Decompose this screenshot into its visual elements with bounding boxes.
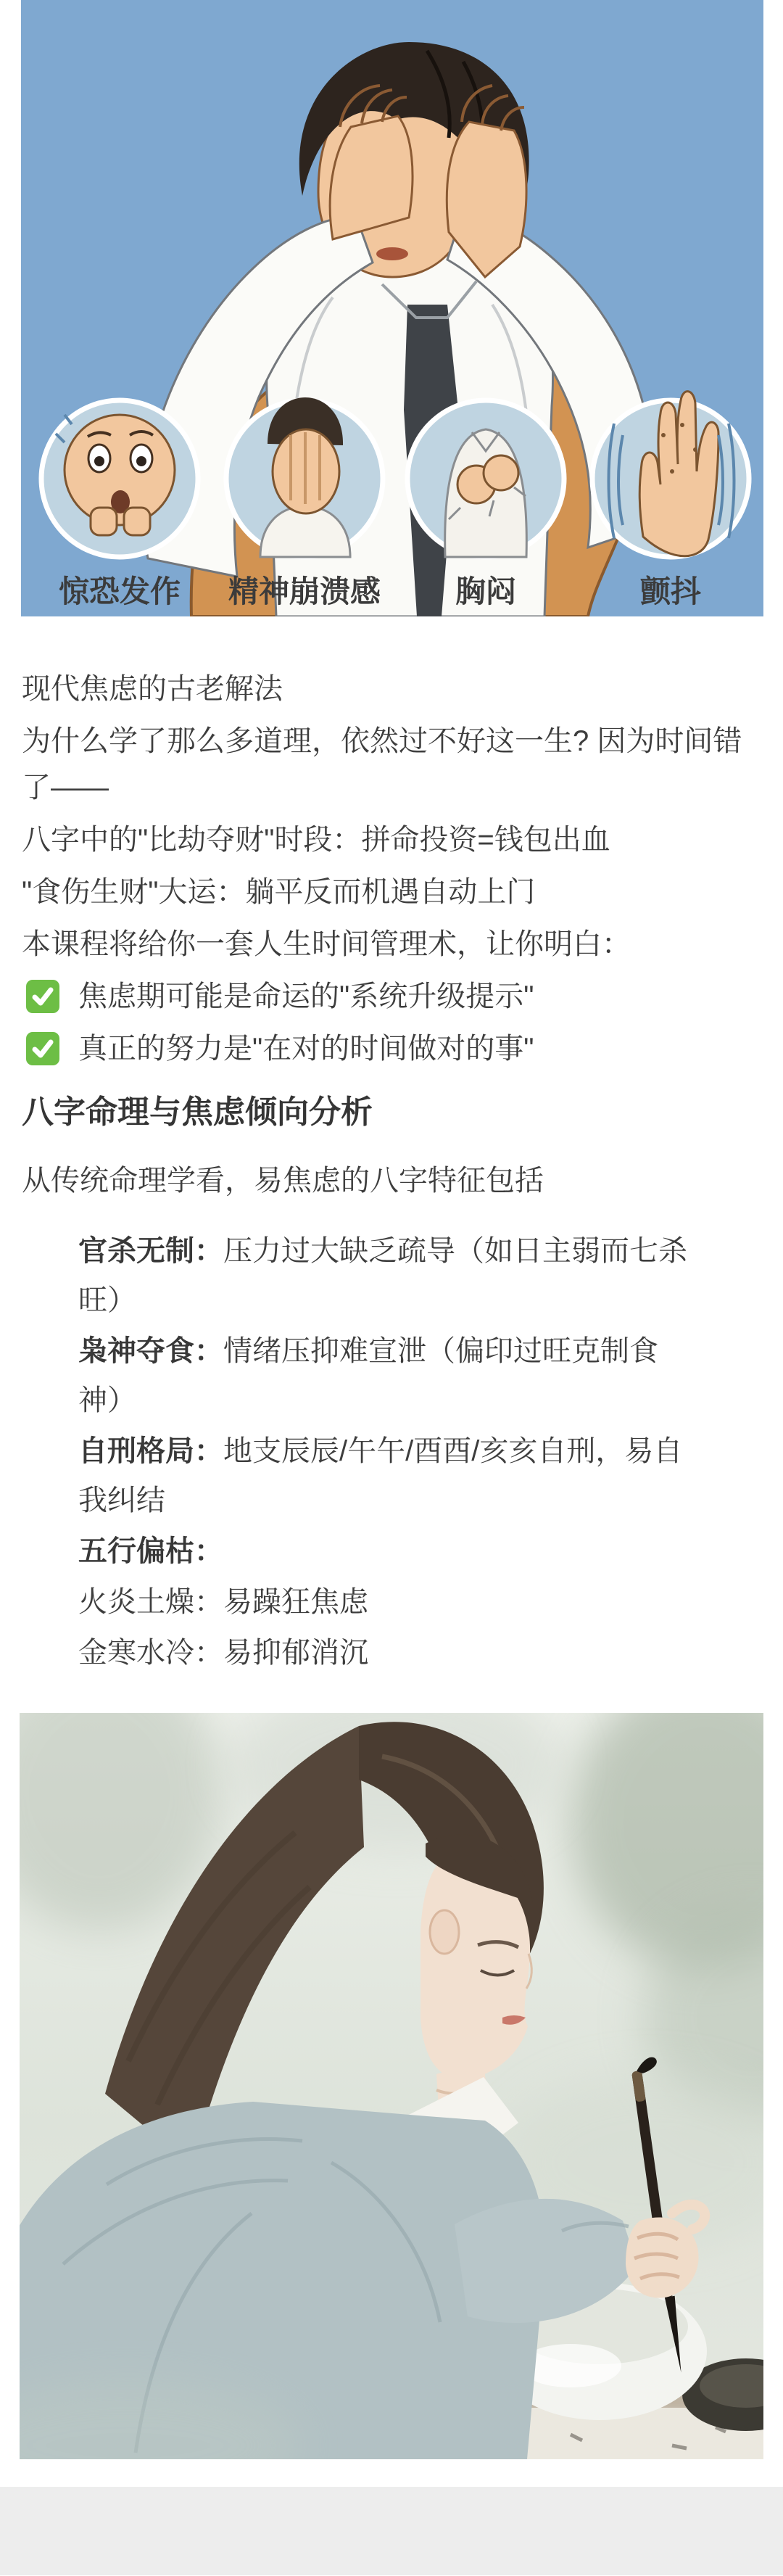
intro-title: 现代焦虑的古老解法 (22, 666, 761, 712)
article-page: 惊恐发作 精神崩溃感 胸闷 颤抖 现代焦虑的古老解法 为什么学了那么多道理，依然… (0, 0, 783, 2576)
feature-term: 五行偏枯： (78, 1535, 223, 1567)
paragraph: 为什么学了那么多道理，依然过不好这一生? 因为时间错了—— (22, 718, 761, 811)
face-palm-icon (260, 397, 350, 557)
feature-item: 自刑格局：地支辰辰/午午/酉酉/亥亥自刑，易自我纠结 (78, 1427, 696, 1525)
green-check-icon (26, 1032, 59, 1065)
feature-term: 自刑格局： (78, 1435, 223, 1467)
checklist-item: 真正的努力是"在对的时间做对的事" (22, 1025, 761, 1072)
anxious-man-illustration: 惊恐发作 精神崩溃感 胸闷 颤抖 (21, 0, 763, 616)
paragraph: 本课程将给你一套人生时间管理术，让你明白： (22, 921, 761, 967)
feature-item: 官杀无制：压力过大缺乏疏导（如日主弱而七杀旺） (78, 1226, 696, 1325)
green-check-icon (26, 980, 59, 1013)
feature-term: 官杀无制： (78, 1235, 223, 1267)
checklist-text: 焦虑期可能是命运的"系统升级提示" (78, 973, 534, 1020)
checklist-item: 焦虑期可能是命运的"系统升级提示" (22, 973, 761, 1020)
feature-subitem: 金寒水冷：易抑郁消沉 (78, 1628, 696, 1677)
symptom-label-tremble: 颤抖 (640, 574, 701, 608)
section-heading: 八字命理与焦虑倾向分析 (22, 1091, 761, 1134)
paragraph: 八字中的"比劫夺财"时段：拼命投资=钱包出血 (22, 817, 761, 863)
symptom-label-panic: 惊恐发作 (59, 574, 181, 608)
section-intro: 从传统命理学看，易焦虑的八字特征包括 (22, 1157, 761, 1204)
footer-bar (0, 2487, 783, 2575)
symptom-label-chest: 胸闷 (455, 574, 516, 608)
woman-calligraphy-image (20, 1713, 763, 2459)
symptom-label-breakdown: 精神崩溃感 (228, 574, 381, 608)
bazi-feature-list: 官杀无制：压力过大缺乏疏导（如日主弱而七杀旺） 枭神夺食：情绪压抑难宣泄（偏印过… (78, 1226, 696, 1677)
hero-illustration: 惊恐发作 精神崩溃感 胸闷 颤抖 (21, 0, 763, 616)
paragraph: "食伤生财"大运：躺平反而机遇自动上门 (22, 869, 761, 915)
checklist-text: 真正的努力是"在对的时间做对的事" (78, 1025, 534, 1072)
calligraphy-photo (20, 1713, 763, 2459)
feature-subitem: 火炎土燥：易躁狂焦虑 (78, 1577, 696, 1627)
feature-item: 五行偏枯： (78, 1527, 696, 1576)
feature-term: 枭神夺食： (78, 1335, 223, 1367)
feature-item: 枭神夺食：情绪压抑难宣泄（偏印过旺克制食神） (78, 1326, 696, 1425)
article-body: 现代焦虑的古老解法 为什么学了那么多道理，依然过不好这一生? 因为时间错了—— … (0, 666, 783, 1677)
